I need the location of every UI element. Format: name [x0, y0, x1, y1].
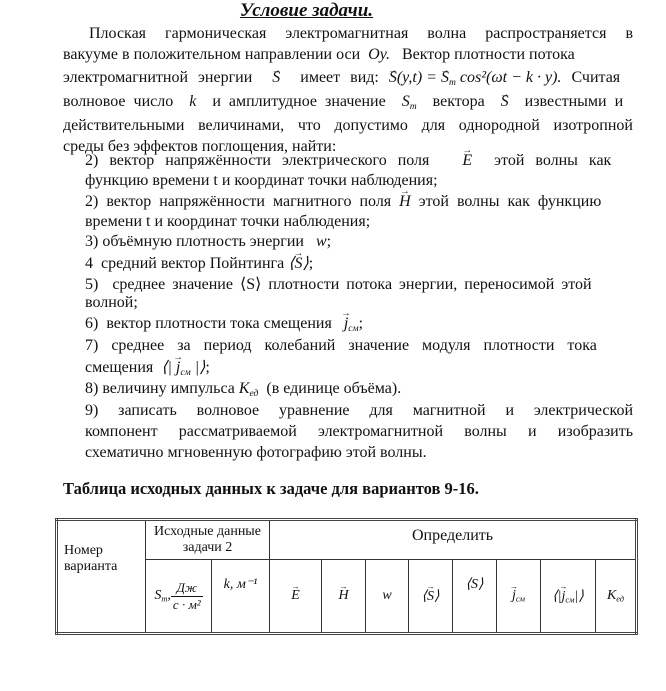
intro-text: имеет вид:	[300, 69, 379, 86]
header-w: w	[366, 560, 409, 634]
poynting-symbol: S	[501, 91, 509, 112]
task-item: 6) вектор плотности тока смещения jсм;	[85, 315, 633, 336]
task-item-cont: компонент рассматриваемой электромагнитн…	[85, 423, 633, 444]
task-item-cont: волной;	[85, 294, 633, 315]
task-item-cont: смещения ⟨| jсм |⟩;	[85, 357, 633, 378]
header-mean-s: ⟨S⟩	[453, 560, 497, 634]
intro-text: волновое число	[63, 93, 173, 110]
wavenumber-symbol: k	[189, 93, 196, 110]
intro-line-1: Плоская гармоническая электромагнитная в…	[63, 23, 633, 44]
h-field-symbol: H	[399, 193, 411, 211]
task-item: 9) записать волновое уравнение для магни…	[85, 402, 633, 423]
task-item-cont: времени t и координат точки наблюдения;	[85, 213, 633, 234]
header-input-data: Исходные данные задачи 2	[146, 520, 270, 560]
task-item: 8) величину импульса Kед (в единице объё…	[85, 380, 633, 401]
variants-table: Номер варианта Исходные данные задачи 2 …	[55, 518, 638, 635]
header-determine: Определить	[270, 520, 637, 560]
poynting-symbol: S	[272, 67, 280, 88]
header-mean-abs-j-cm: ⟨|jсм|⟩	[541, 560, 596, 634]
axis-symbol: Oy.	[368, 46, 390, 63]
task-item: 4 средний вектор Пойнтинга ⟨S⟩;	[85, 253, 633, 274]
task-item: 2) вектор напряжённости электрического п…	[85, 152, 633, 173]
header-j-cm: jсм	[497, 560, 541, 634]
table-title: Таблица исходных данных к задаче для вар…	[63, 479, 479, 499]
task-item: 3) объёмную плотность энергии w;	[85, 233, 633, 254]
intro-text: Считая	[571, 69, 620, 86]
e-field-symbol: E	[462, 152, 472, 170]
header-k-ed: Kед	[596, 560, 637, 634]
intro-text: и амплитудное значение	[212, 93, 385, 110]
task-item: 5) среднее значение ⟨S⟩ плотности потока…	[85, 274, 633, 295]
amplitude-symbol: Sm	[402, 93, 417, 110]
intro-text: вектора	[433, 93, 485, 110]
task-item-cont: функцию времени t и координат точки набл…	[85, 172, 633, 193]
header-mean-s-vector: ⟨S⟩	[409, 560, 453, 634]
intro-text: известными и	[525, 93, 624, 110]
energy-density-symbol: w	[316, 233, 327, 250]
intro-line-5: действительными величинами, что допустим…	[63, 115, 633, 136]
problem-title: Условие задачи.	[0, 0, 613, 22]
header-e: E	[270, 560, 322, 634]
intro-line-3: электромагнитной энергии S имеет вид: S(…	[63, 67, 633, 88]
mean-displacement-current-symbol: ⟨| jсм |⟩	[161, 359, 205, 376]
intro-line-2: вакууме в положительном направлении оси …	[63, 44, 633, 65]
displacement-current-symbol: jсм	[344, 315, 359, 332]
intro-text: вакууме в положительном направлении оси	[63, 46, 360, 63]
mean-poynting-symbol: ⟨S⟩	[288, 255, 309, 272]
poynting-formula: S(y,t) = Sm cos²(ωt − k · y).	[389, 69, 562, 86]
momentum-symbol: Kед	[239, 380, 259, 397]
header-h: H	[322, 560, 366, 634]
intro-line-4: волновое число k и амплитудное значение …	[63, 91, 633, 112]
task-item: 2) вектор напряжённости магнитного поля …	[85, 193, 633, 214]
header-variant-number: Номер варианта	[57, 520, 146, 634]
intro-text: Вектор плотности потока	[402, 46, 575, 63]
task-item: 7) среднее за период колебаний значение …	[85, 337, 633, 358]
header-k: k, м⁻¹	[212, 560, 270, 634]
intro-text: электромагнитной энергии	[63, 69, 252, 86]
header-sm: Sm,Джc · м²	[146, 560, 212, 634]
task-item-cont: схематично мгновенную фотографию этой во…	[85, 444, 633, 465]
